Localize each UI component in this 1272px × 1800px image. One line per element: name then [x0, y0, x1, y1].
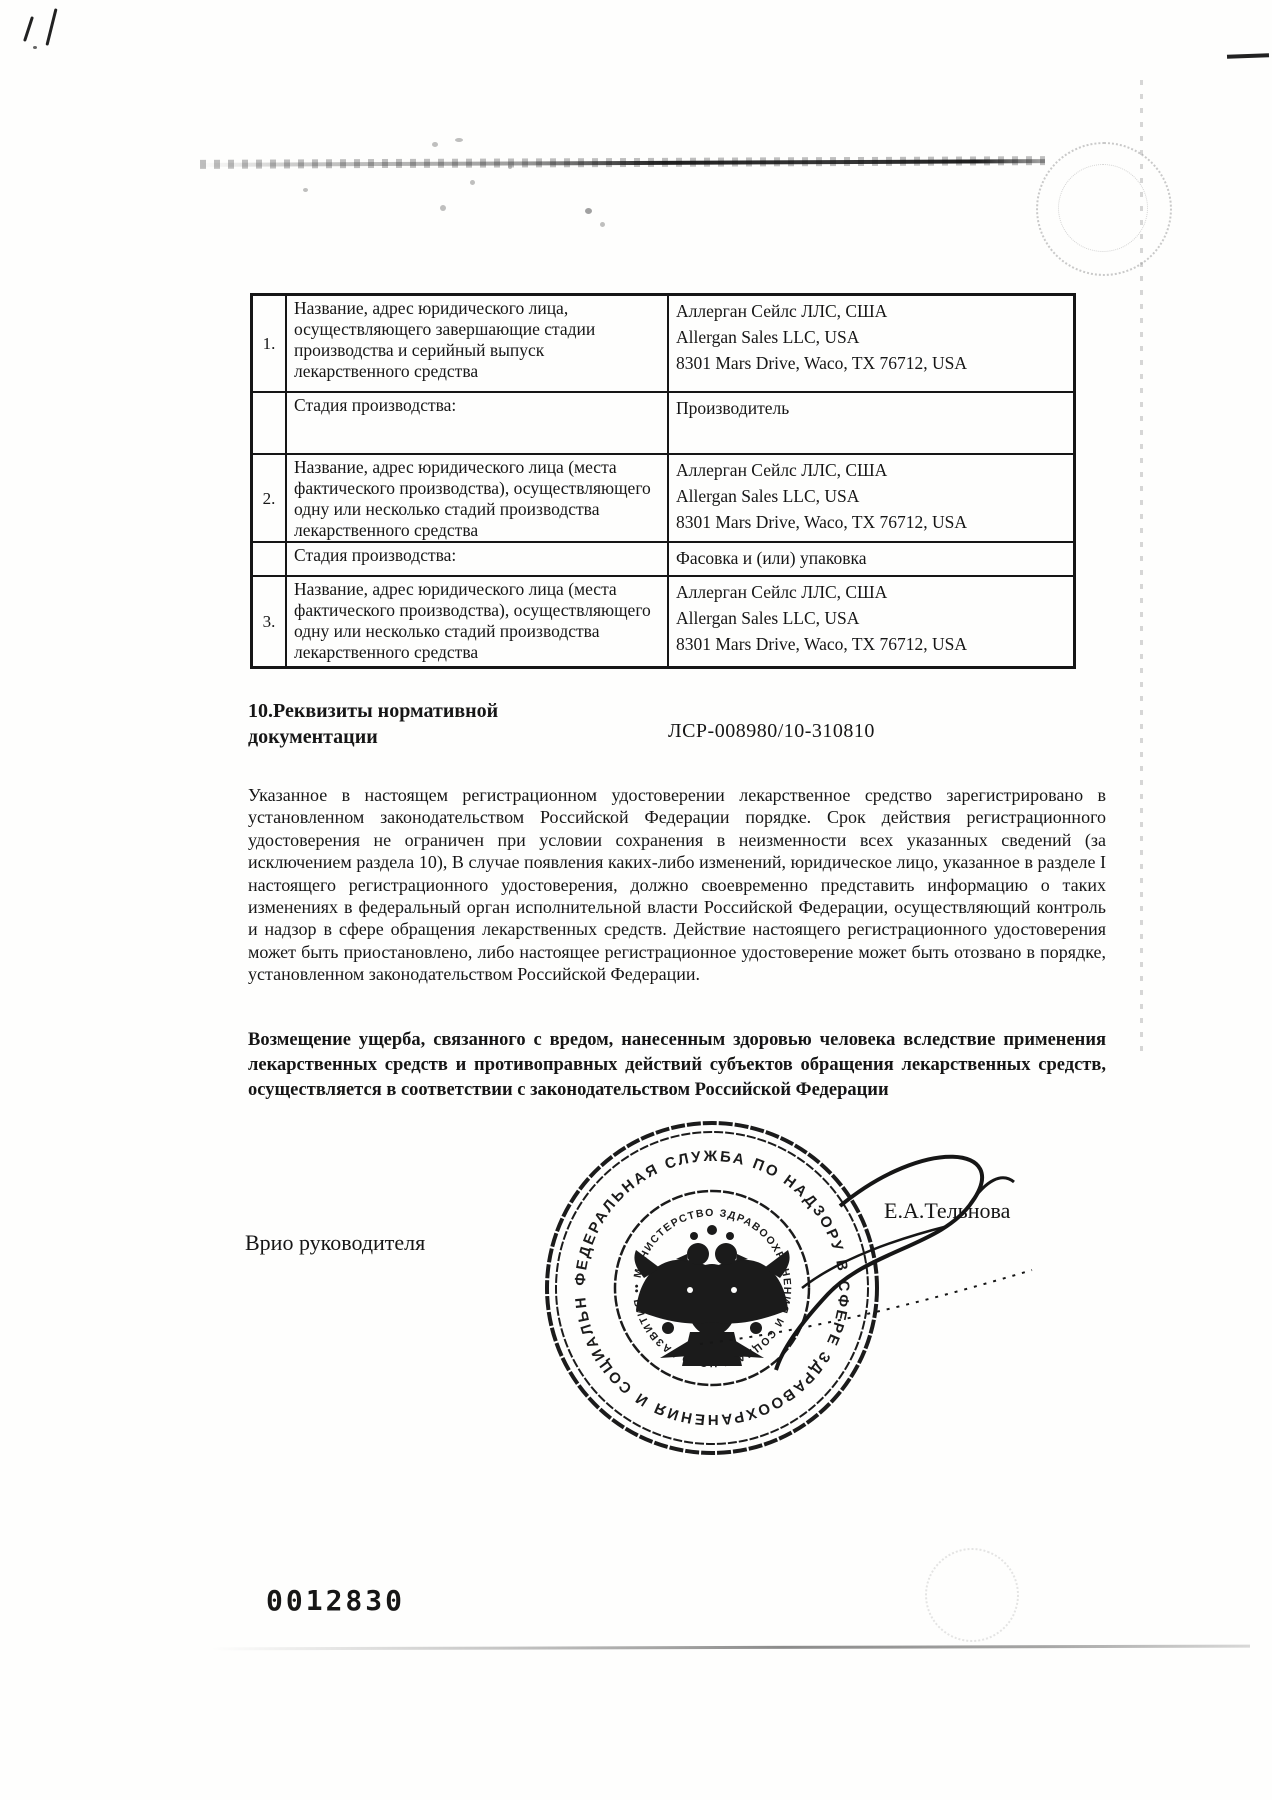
row-number: 1.: [253, 296, 285, 391]
liability-paragraph: Возмещение ущерба, связанного с вредом, …: [248, 1028, 1106, 1103]
scan-speck: [508, 165, 512, 169]
scan-speck: [303, 188, 308, 192]
scan-speck: [470, 180, 475, 185]
ghost-stamp-artifact: [1058, 164, 1148, 252]
scan-speck: [455, 138, 463, 142]
row-label: Стадия производства:: [285, 541, 667, 575]
handwriting-mark: [33, 46, 37, 49]
row-label: Название, адрес юридического лица (места…: [285, 575, 667, 666]
row-number: [253, 541, 285, 575]
scan-edge-artifact: [1140, 80, 1143, 1060]
production-stage-value: Производитель: [667, 391, 1073, 453]
manufacturer-value: Аллерган Сейлс ЛЛС, США Allergan Sales L…: [667, 296, 1073, 391]
scan-speck: [432, 142, 438, 147]
serial-number: 0012830: [266, 1584, 405, 1617]
stage-line: Производитель: [676, 395, 1068, 421]
scan-scribble-line: [200, 155, 1045, 170]
row-number: [253, 391, 285, 453]
manufacturer-value: Аллерган Сейлс ЛЛС, США Allergan Sales L…: [667, 453, 1073, 541]
handwriting-mark: [23, 16, 34, 42]
section-10-heading: 10.Реквизиты нормативной документации: [248, 698, 588, 750]
row-label: Название, адрес юридического лица, осуще…: [285, 296, 667, 391]
manufacturer-line: Allergan Sales LLC, USA: [676, 605, 1068, 631]
scanned-document-page: 1. Название, адрес юридического лица, ос…: [0, 0, 1272, 1800]
manufacturer-line: Allergan Sales LLC, USA: [676, 483, 1068, 509]
production-stage-value: Фасовка и (или) упаковка: [667, 541, 1073, 575]
manufacturer-line: Аллерган Сейлс ЛЛС, США: [676, 579, 1068, 605]
manufacturer-value: Аллерган Сейлс ЛЛС, США Allergan Sales L…: [667, 575, 1073, 666]
scan-smudge-artifact: [912, 1535, 1032, 1655]
scan-dash-artifact: [1227, 53, 1269, 58]
registration-table: 1. Название, адрес юридического лица, ос…: [250, 293, 1076, 669]
stage-line: Фасовка и (или) упаковка: [676, 545, 1068, 571]
manufacturer-line: 8301 Mars Drive, Waco, TX 76712, USA: [676, 350, 1068, 376]
manufacturer-line: 8301 Mars Drive, Waco, TX 76712, USA: [676, 631, 1068, 657]
row-label: Название, адрес юридического лица (места…: [285, 453, 667, 541]
row-number: 3.: [253, 575, 285, 666]
scan-speck: [600, 222, 605, 227]
scan-bottom-line-artifact: [210, 1645, 1250, 1651]
manufacturer-line: Allergan Sales LLC, USA: [676, 324, 1068, 350]
handwriting-mark: [45, 8, 57, 46]
scan-speck: [440, 205, 446, 211]
manufacturer-line: Аллерган Сейлс ЛЛС, США: [676, 298, 1068, 324]
row-number: 2.: [253, 453, 285, 541]
row-label: Стадия производства:: [285, 391, 667, 453]
scan-speck: [585, 208, 592, 214]
signatory-title: Врио руководителя: [245, 1230, 425, 1256]
manufacturer-line: Аллерган Сейлс ЛЛС, США: [676, 457, 1068, 483]
legal-paragraph: Указанное в настоящем регистрационном уд…: [248, 784, 1106, 986]
normative-doc-number: ЛСР-008980/10-310810: [668, 720, 875, 743]
manufacturer-line: 8301 Mars Drive, Waco, TX 76712, USA: [676, 509, 1068, 535]
official-seal: ФЕДЕРАЛЬНАЯ СЛУЖБА ПО НАДЗОРУ В СФЕРЕ ЗД…: [540, 1118, 1060, 1478]
